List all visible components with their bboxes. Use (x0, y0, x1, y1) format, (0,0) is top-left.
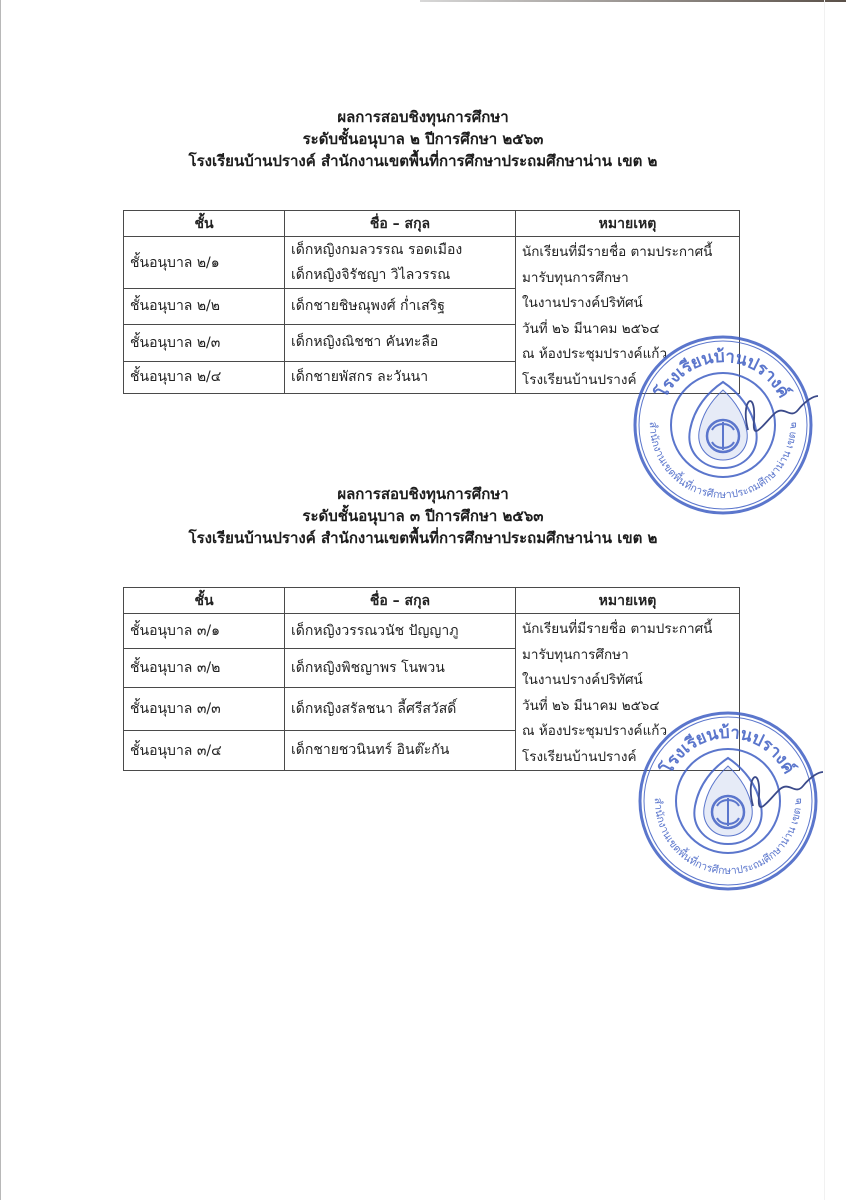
section-heading-kindergarten-3: ผลการสอบชิงทุนการศึกษา ระดับชั้นอนุบาล ๓… (0, 483, 846, 549)
remark-line: นักเรียนที่มีรายชื่อ ตามประกาศนี้ (522, 617, 733, 643)
names-cell: เด็กหญิงพิชญาพร โนพวน (285, 649, 516, 687)
heading-school-office: โรงเรียนบ้านปรางค์ สำนักงานเขตพื้นที่การ… (0, 527, 846, 549)
class-cell: ชั้นอนุบาล ๒/๓ (124, 324, 285, 361)
table-row: ชั้นอนุบาล ๒/๑ เด็กหญิงกมลวรรณ รอดเมือง … (124, 237, 740, 289)
student-name: เด็กชายชิษณุพงศ์ ก่ำเสริฐ (291, 294, 509, 319)
names-cell: เด็กหญิงวรรณวนัช ปัญญาภู (285, 614, 516, 649)
scan-edge-top (420, 0, 846, 2)
heading-title: ผลการสอบชิงทุนการศึกษา (0, 106, 846, 128)
results-table-kindergarten-3: ชั้น ชื่อ – สกุล หมายเหตุ ชั้นอนุบาล ๓/๑… (123, 587, 740, 771)
class-cell: ชั้นอนุบาล ๒/๔ (124, 361, 285, 393)
remark-line: วันที่ ๒๖ มีนาคม ๒๕๖๔ (522, 694, 733, 720)
table-row: ชั้นอนุบาล ๓/๑ เด็กหญิงวรรณวนัช ปัญญาภู … (124, 614, 740, 649)
class-cell: ชั้นอนุบาล ๓/๑ (124, 614, 285, 649)
remark-line: ในงานปรางค์ปริทัศน์ (522, 668, 733, 694)
names-cell: เด็กหญิงสรัลชนา ลี้ศรีสวัสดิ์ (285, 687, 516, 731)
student-name: เด็กหญิงกมลวรรณ รอดเมือง (291, 238, 509, 263)
remark-cell: นักเรียนที่มีรายชื่อ ตามประกาศนี้ มารับท… (516, 614, 740, 771)
remark-line: ณ ห้องประชุมปรางค์แก้ว (522, 342, 733, 368)
heading-school-office: โรงเรียนบ้านปรางค์ สำนักงานเขตพื้นที่การ… (0, 150, 846, 172)
class-cell: ชั้นอนุบาล ๓/๔ (124, 731, 285, 771)
remark-line: นักเรียนที่มีรายชื่อ ตามประกาศนี้ (522, 240, 733, 266)
column-header-class: ชั้น (124, 588, 285, 614)
names-cell: เด็กหญิงณิชชา คันทะลือ (285, 324, 516, 361)
scan-edge-left (0, 0, 1, 1200)
remark-line: โรงเรียนบ้านปรางค์ (522, 745, 733, 771)
heading-level-year: ระดับชั้นอนุบาล ๓ ปีการศึกษา ๒๕๖๓ (0, 505, 846, 527)
remark-line: วันที่ ๒๖ มีนาคม ๒๕๖๔ (522, 317, 733, 343)
class-cell: ชั้นอนุบาล ๓/๒ (124, 649, 285, 687)
names-cell: เด็กชายชวนินทร์ อินต๊ะกัน (285, 731, 516, 771)
column-header-remark: หมายเหตุ (516, 211, 740, 237)
table-header-row: ชั้น ชื่อ – สกุล หมายเหตุ (124, 211, 740, 237)
student-name: เด็กหญิงจิรัชญา วิไลวรรณ (291, 263, 509, 288)
column-header-name: ชื่อ – สกุล (285, 211, 516, 237)
table-header-row: ชั้น ชื่อ – สกุล หมายเหตุ (124, 588, 740, 614)
student-name: เด็กชายชวนินทร์ อินต๊ะกัน (291, 738, 509, 763)
column-header-name: ชื่อ – สกุล (285, 588, 516, 614)
class-cell: ชั้นอนุบาล ๓/๓ (124, 687, 285, 731)
results-table-kindergarten-2: ชั้น ชื่อ – สกุล หมายเหตุ ชั้นอนุบาล ๒/๑… (123, 210, 740, 394)
student-name: เด็กหญิงวรรณวนัช ปัญญาภู (291, 619, 509, 644)
scan-edge-right (824, 0, 825, 1200)
remark-line: ในงานปรางค์ปริทัศน์ (522, 291, 733, 317)
remark-cell: นักเรียนที่มีรายชื่อ ตามประกาศนี้ มารับท… (516, 237, 740, 394)
svg-text:สำนักงานเขตพื้นที่การศึกษาประถ: สำนักงานเขตพื้นที่การศึกษาประถมศึกษาน่าน… (652, 797, 804, 877)
remark-line: โรงเรียนบ้านปรางค์ (522, 368, 733, 394)
names-cell: เด็กชายชิษณุพงศ์ ก่ำเสริฐ (285, 289, 516, 324)
student-name: เด็กหญิงณิชชา คันทะลือ (291, 330, 509, 355)
column-header-class: ชั้น (124, 211, 285, 237)
student-name: เด็กชายพัสกร ละวันนา (291, 365, 509, 390)
heading-title: ผลการสอบชิงทุนการศึกษา (0, 483, 846, 505)
names-cell: เด็กหญิงกมลวรรณ รอดเมือง เด็กหญิงจิรัชญา… (285, 237, 516, 289)
remark-line: ณ ห้องประชุมปรางค์แก้ว (522, 719, 733, 745)
section-heading-kindergarten-2: ผลการสอบชิงทุนการศึกษา ระดับชั้นอนุบาล ๒… (0, 106, 846, 172)
student-name: เด็กหญิงพิชญาพร โนพวน (291, 656, 509, 681)
remark-line: มารับทุนการศึกษา (522, 643, 733, 669)
class-cell: ชั้นอนุบาล ๒/๑ (124, 237, 285, 289)
student-name: เด็กหญิงสรัลชนา ลี้ศรีสวัสดิ์ (291, 697, 509, 722)
heading-level-year: ระดับชั้นอนุบาล ๒ ปีการศึกษา ๒๕๖๓ (0, 128, 846, 150)
remark-line: มารับทุนการศึกษา (522, 266, 733, 292)
column-header-remark: หมายเหตุ (516, 588, 740, 614)
names-cell: เด็กชายพัสกร ละวันนา (285, 361, 516, 393)
class-cell: ชั้นอนุบาล ๒/๒ (124, 289, 285, 324)
